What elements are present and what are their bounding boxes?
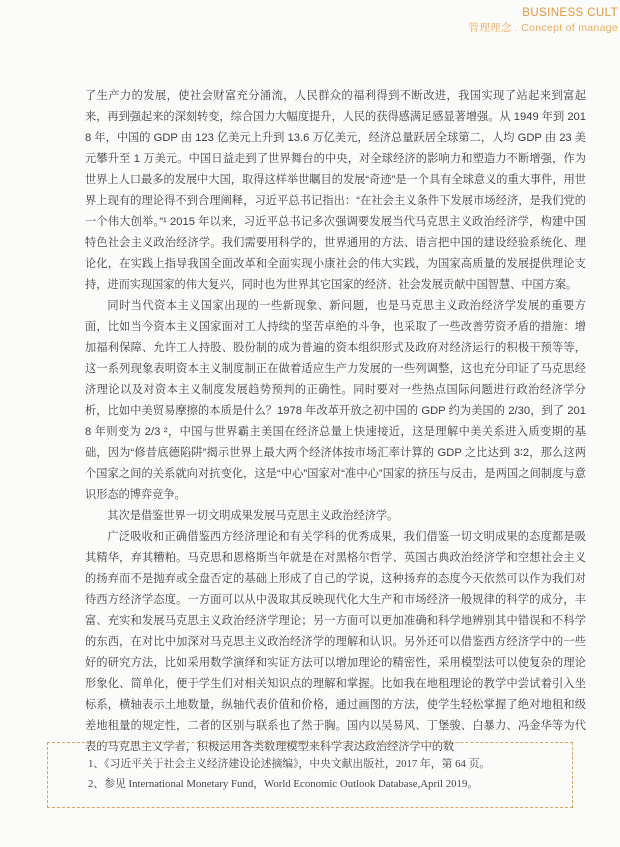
- running-head: BUSINESS CULT 管理理念 . Concept of manage: [468, 6, 618, 35]
- footnote-box: 1、《习近平关于社会主义经济建设论述摘编》，中央文献出版社，2017 年，第 6…: [47, 742, 573, 808]
- paragraph: 同时当代资本主义国家出现的一些新现象、新问题，也是马克思主义政治经济学发展的重要…: [85, 296, 586, 506]
- paragraph-subheading: 其次是借鉴世界一切文明成果发展马克思主义政治经济学。: [85, 506, 586, 527]
- document-page: BUSINESS CULT 管理理念 . Concept of manage 了…: [0, 0, 620, 847]
- paragraph: 广泛吸收和正确借鉴西方经济理论和有关学科的优秀成果，我们借鉴一切文明成果的态度都…: [85, 527, 586, 758]
- footnote-item: 1、《习近平关于社会主义经济建设论述摘编》，中央文献出版社，2017 年，第 6…: [88, 754, 554, 774]
- body-text-block: 了生产力的发展，使社会财富充分涌流，人民群众的福利得到不断改进，我国实现了站起来…: [85, 86, 586, 758]
- running-head-category-en: BUSINESS CULT: [468, 6, 618, 21]
- running-head-category-zh: 管理理念 . Concept of manage: [468, 21, 618, 35]
- paragraph-continuation: 了生产力的发展，使社会财富充分涌流，人民群众的福利得到不断改进，我国实现了站起来…: [85, 86, 586, 296]
- footnote-item: 2、参见 International Monetary Fund，World E…: [88, 774, 554, 794]
